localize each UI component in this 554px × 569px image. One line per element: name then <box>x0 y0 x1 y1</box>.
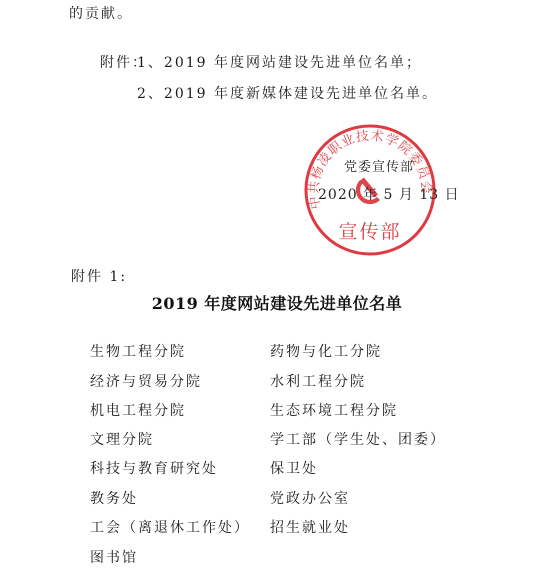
signature-department: 党委宣传部 <box>344 156 414 175</box>
unit-item: 保卫处 <box>270 460 318 478</box>
unit-item: 药物与化工分院 <box>270 343 382 361</box>
unit-item: 生态环境工程分院 <box>270 402 398 420</box>
attachment-item-1: 1、2019 年度网站建设先进单位名单； <box>137 54 422 72</box>
unit-item: 工会（离退休工作处） <box>90 519 250 537</box>
unit-item: 机电工程分院 <box>90 402 186 420</box>
appendix-title: 2019 年度网站建设先进单位名单 <box>0 294 554 314</box>
unit-item: 招生就业处 <box>270 519 350 537</box>
appendix-label: 附件 1: <box>71 268 127 286</box>
unit-item: 学工部（学生处、团委） <box>270 431 446 449</box>
unit-item: 生物工程分院 <box>90 343 186 361</box>
unit-item: 经济与贸易分院 <box>90 373 202 391</box>
closing-text: 的贡献。 <box>69 5 133 23</box>
unit-item: 图书馆 <box>90 549 138 567</box>
unit-item: 文理分院 <box>90 431 154 449</box>
unit-item: 科技与教育研究处 <box>90 460 218 478</box>
svg-text:宣传部: 宣传部 <box>338 221 401 243</box>
signature-date: 2020 年 5 月 13 日 <box>318 184 460 204</box>
unit-item: 教务处 <box>90 490 138 508</box>
attachment-item-2: 2、2019 年度新媒体建设先进单位名单。 <box>137 85 438 103</box>
unit-item: 党政办公室 <box>270 490 350 508</box>
unit-item: 水利工程分院 <box>270 373 366 391</box>
